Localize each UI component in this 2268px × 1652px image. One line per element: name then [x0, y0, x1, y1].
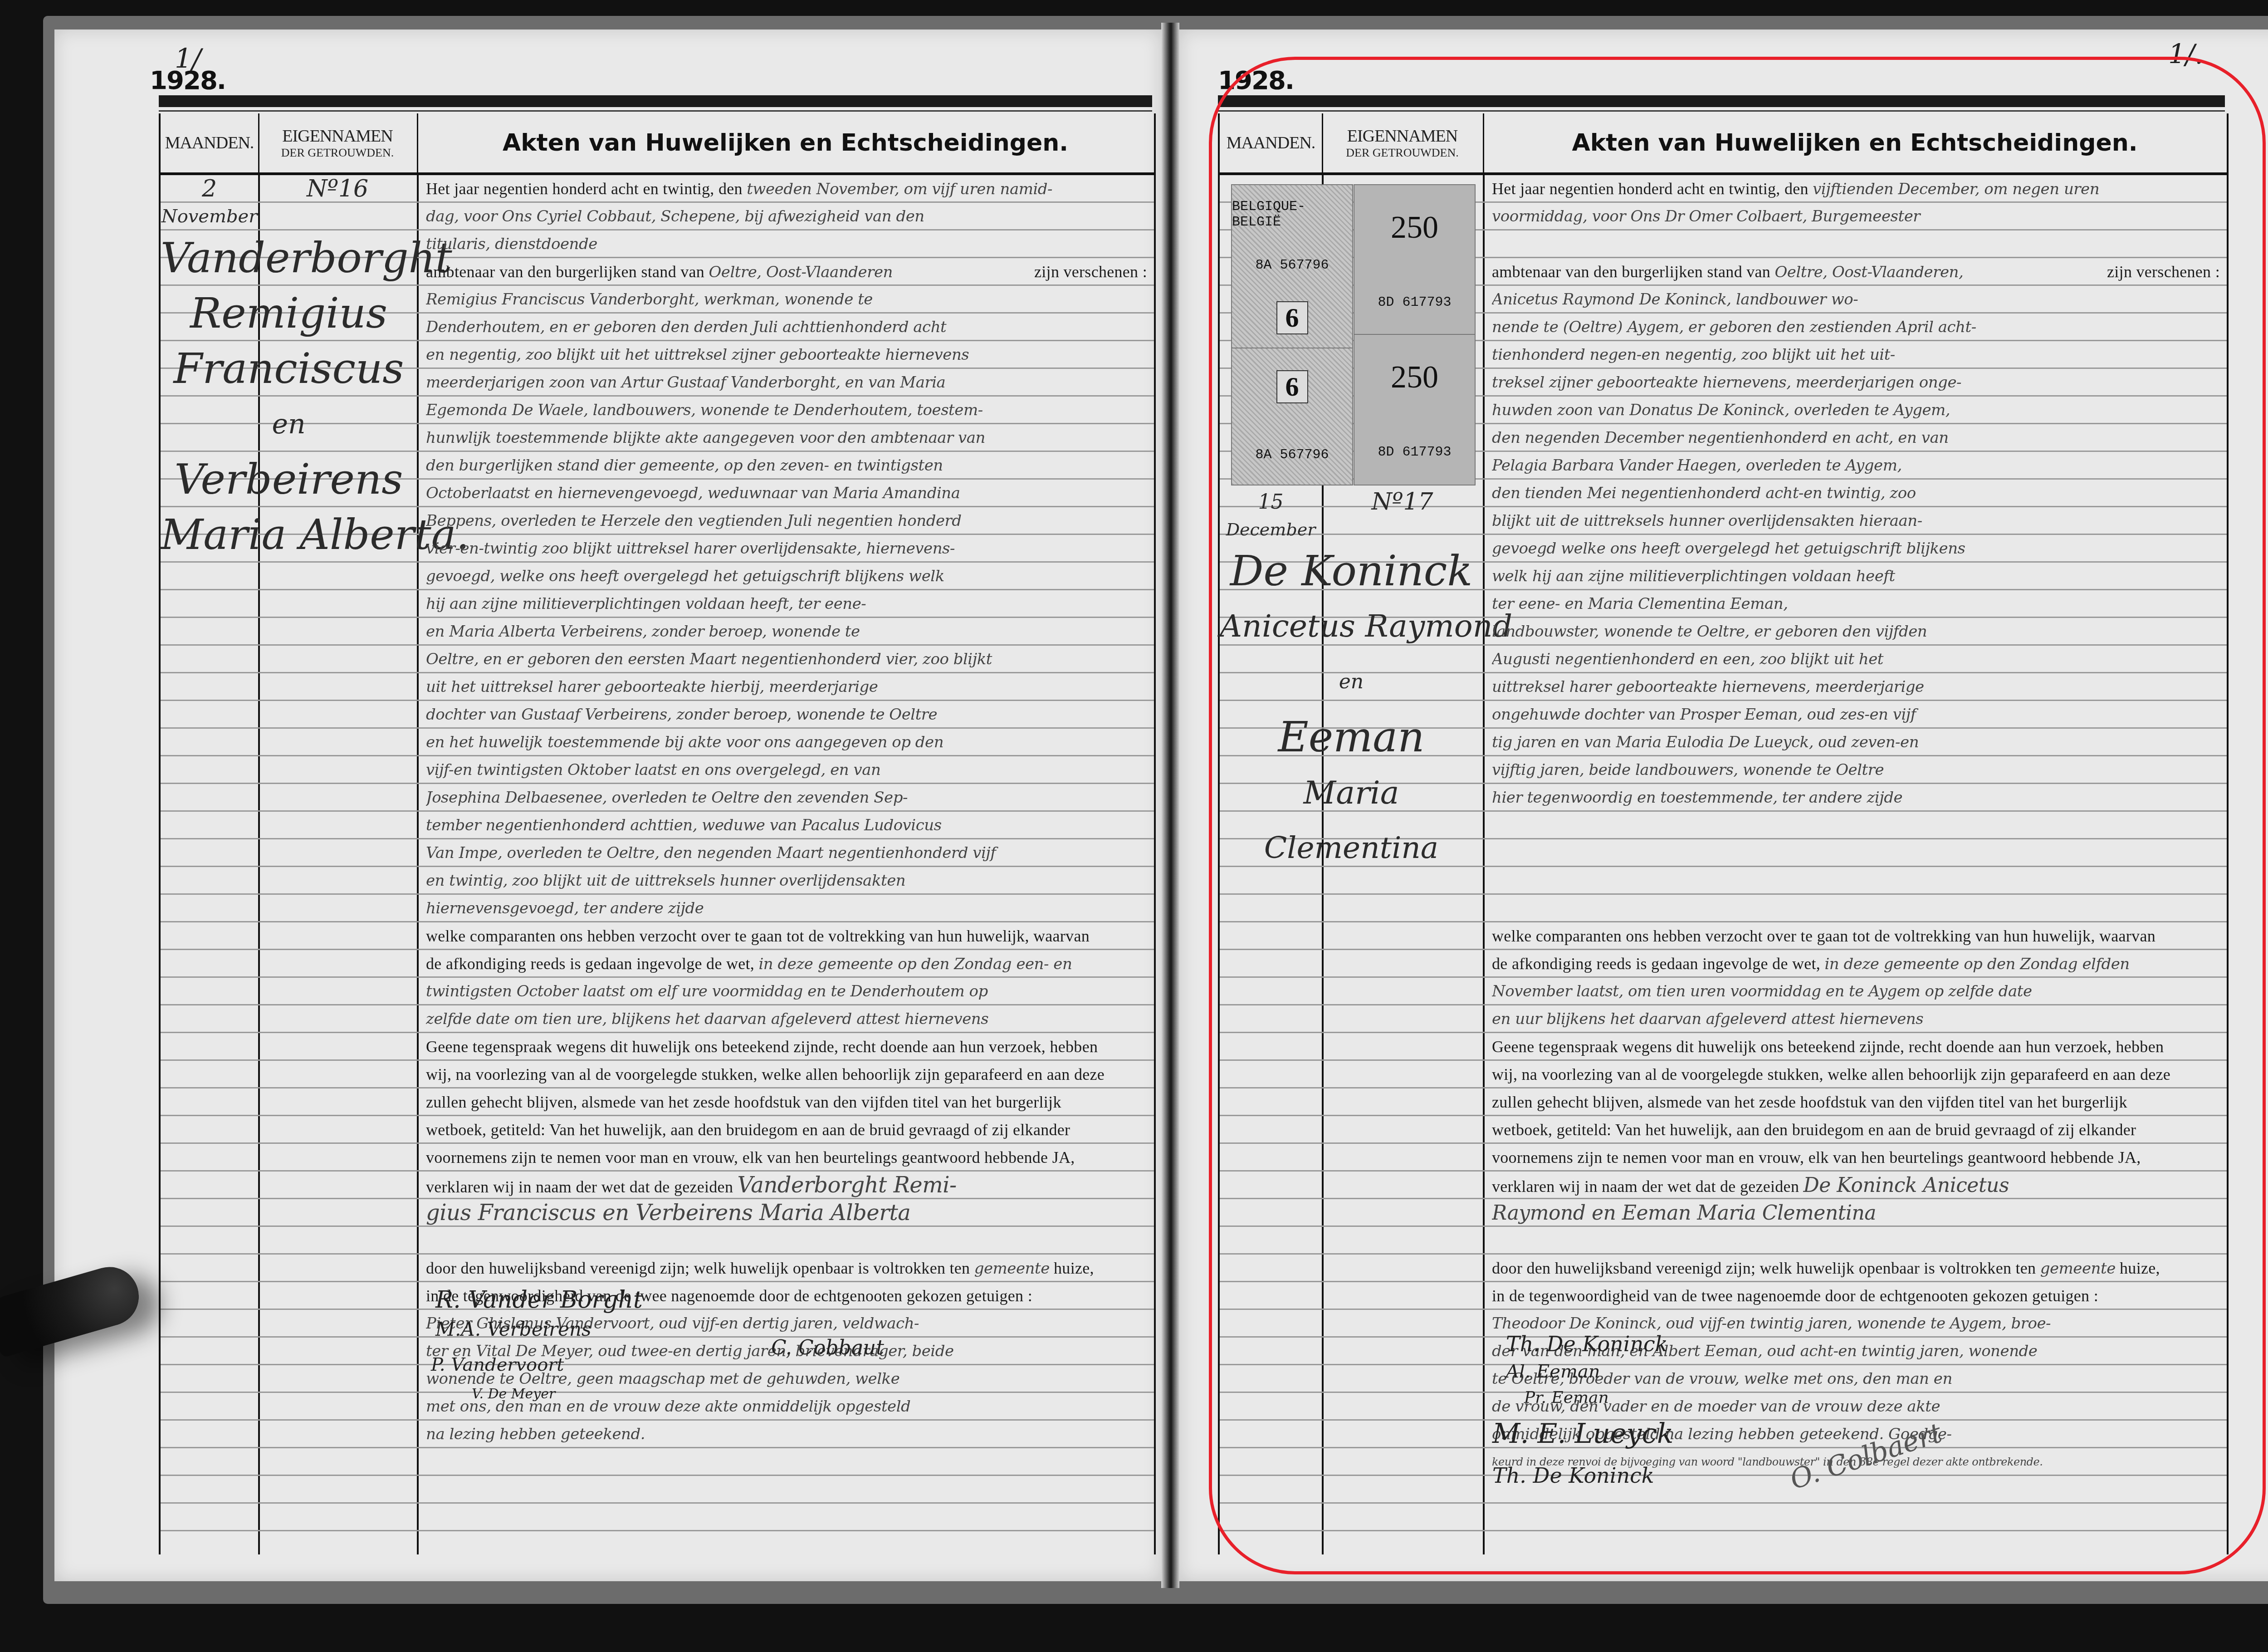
groom-surname: Vanderborght: [161, 230, 417, 286]
book-gutter: [1161, 23, 1179, 1588]
left-page: 1928. 1/ MAANDEN. EIGENNAMENDER GETROUWD…: [54, 29, 1161, 1581]
column-header: MAANDEN. EIGENNAMENDER GETROUWDEN. Akten…: [159, 113, 1156, 175]
entry-number: Nº16: [258, 175, 417, 203]
conjunction: en: [161, 397, 417, 452]
highlight-outline: [1209, 57, 2266, 1574]
header-rule-thin: [159, 110, 1152, 112]
header-months: MAANDEN.: [161, 113, 259, 172]
signature: R. Vander Borght: [435, 1286, 643, 1314]
bride-surname: Verbeirens: [161, 452, 417, 507]
header-rule: [159, 95, 1152, 107]
page-mark: 1/: [175, 43, 201, 75]
page-title: Akten van Huwelijken en Echtscheidingen.: [417, 113, 1154, 172]
entry-month: November: [161, 203, 258, 230]
bride-firstname: Maria Alberta.: [161, 507, 417, 563]
groom-firstname: Remigius: [161, 286, 417, 341]
names-column: Vanderborght Remigius Franciscus en Verb…: [161, 230, 417, 563]
entry-day: 2: [161, 175, 258, 203]
number-column: Nº16: [258, 175, 417, 203]
signature: V. De Meyer: [472, 1386, 555, 1402]
declared-names: Vanderborght Remi-: [738, 1172, 957, 1198]
publication-clause: welke comparanten ons hebben verzocht ov…: [426, 922, 1147, 950]
signature: M.A. Verbeirens: [435, 1318, 591, 1340]
header-names: EIGENNAMENDER GETROUWDEN.: [258, 113, 418, 172]
signature-officer: C. Cobbaut: [771, 1336, 884, 1359]
entry-body: 2 November Nº16 Vanderborght Remigius Fr…: [159, 175, 1156, 1554]
month-column: 2 November: [161, 175, 258, 230]
groom-middlename: Franciscus: [161, 341, 417, 397]
signature: P. Vandervoort: [431, 1354, 564, 1375]
entry-text: Het jaar negentien honderd acht en twint…: [426, 175, 1147, 1448]
